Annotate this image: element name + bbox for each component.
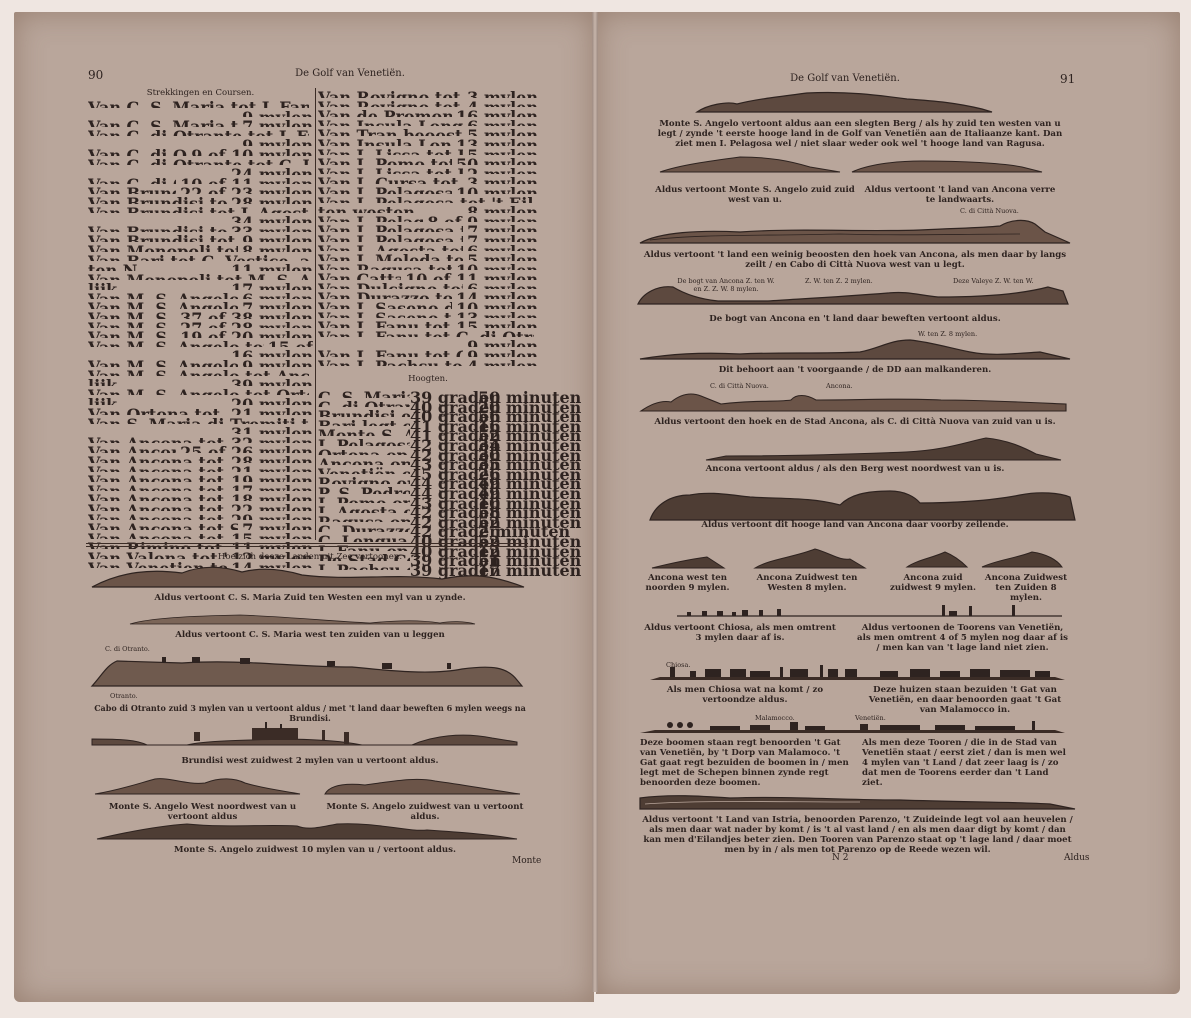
course-row: Van C. di Otrante tot Brundisi, N. W.10 …: [88, 175, 313, 185]
right-view-caption-4: Aldus vertoont 't land een weinig beoost…: [640, 250, 1070, 270]
course-row: Van Ancona tot Rimino, west noordwest15 …: [88, 530, 313, 540]
course-row: Van I. Lissa tot I. Cursa, Z. O. ten O. …: [318, 165, 538, 175]
course-distance: 8 mylen: [238, 242, 313, 252]
coastal-profile-monte-s-angelo-zw: [325, 775, 520, 795]
height-minutes: 49 minuten: [478, 474, 538, 484]
course-row: 31 mylen: [88, 424, 313, 434]
course-distance: 33 mylen: [227, 223, 313, 233]
course-row: Van Ancona tot Sinigaglia, west ten noor…: [88, 520, 313, 530]
height-minutes: 34 minuten: [478, 436, 538, 446]
course-text: Van Ancona tot I. Sansigo, N. N. O.: [88, 482, 227, 492]
course-text: Van M. S. Angelo tot Cattaro, O. N. O.: [88, 319, 176, 329]
height-row: C. Durazzo op42 graden2 minuten: [318, 522, 538, 532]
course-distance: 31 mylen: [227, 424, 313, 434]
course-distance: 9 mylen: [238, 232, 313, 242]
course-distance: 20 mylen: [227, 395, 313, 405]
label-otranto: Otranto.: [110, 692, 138, 700]
course-distance: 50 mylen: [452, 155, 538, 165]
view-caption-6: Monte S. Angelo zuidwest van u vertoont …: [325, 802, 525, 822]
course-text: Van C. S. Maria tot J. Fanu, is de cours…: [88, 98, 309, 108]
height-minutes: 26 minuten: [478, 465, 538, 475]
course-row: Van Rovigno tot de Promontores, Z. O.4 m…: [318, 98, 538, 108]
course-text: lijk: [88, 395, 117, 405]
height-row: P. S. Pedro di Molato op44 graden49 minu…: [318, 484, 538, 494]
course-distance: 7 mylen: [238, 520, 313, 530]
course-distance: [309, 367, 313, 377]
course-distance: 4 mylen: [463, 98, 538, 108]
coastal-profile-monte-s-angelo-wnw: [95, 775, 300, 795]
course-text: Van M. S. Angelo tot I. Pelagosa, N.: [88, 357, 238, 367]
coastal-profile-malamocco: [640, 718, 1065, 734]
course-distance: 17 mylen: [227, 280, 313, 290]
course-row: Van Brundisi tot Monopoli, N. W. ten W.9…: [88, 232, 313, 242]
course-row: Van Monopoli tot M. S. Angelo, N. W. ten…: [88, 271, 313, 281]
course-distance: 13 mylen: [452, 309, 538, 319]
height-place: P. S. Pedro di Molato op: [318, 484, 410, 494]
course-text: Van M. S. Angelo tot J. Meleda, N. O.: [88, 328, 176, 338]
course-row: 9 mylen: [318, 337, 538, 347]
course-distance: 2 mylen: [463, 165, 538, 175]
course-text: ten N.: [88, 261, 142, 271]
course-text: Van C. di Otrante tot J. Saseno, N. O.: [88, 146, 187, 156]
course-row: Van Tran beoosten C. Cesta tot I. Lissa,…: [318, 126, 538, 136]
course-row: Van Ragusa tot Cattaro, oost zuidoost10 …: [318, 261, 538, 271]
course-distance: 32 mylen: [227, 434, 313, 444]
coastal-profile-hoek-ancona: [641, 390, 1066, 412]
course-row: Van Insula Longa tot C. Cesta, Z. O. ten…: [318, 117, 538, 127]
right-view-caption-8: Ancona vertoont aldus / als den Berg wes…: [640, 464, 1070, 474]
course-distance: 8 mylen: [463, 203, 538, 213]
course-row: Van Ancona tot I. Sansigo, N. N. O.17 my…: [88, 482, 313, 492]
coastal-profile-ancona-small-1: [652, 553, 724, 569]
view-caption-5: Monte S. Angelo West noordwest van u ver…: [95, 802, 310, 822]
course-text: Van C. di Otrante tot Brundisi, N. W.: [88, 175, 176, 185]
height-minutes: 52 minuten: [478, 426, 538, 436]
course-row: Van de Promontores tot Insula Longa, Z. …: [318, 107, 538, 117]
right-view-caption-huizen: Deze huizen staan bezuiden 't Gat van Ve…: [860, 685, 1070, 715]
running-head-left: De Golf van Venetiën.: [250, 68, 450, 79]
coastal-profile-otranto: [92, 655, 522, 687]
course-text: Van Ancona tot I. Scarda, N. O.: [88, 472, 227, 482]
coastal-profile-bogt-ancona: [638, 283, 1068, 305]
course-distance: 28 mylen: [227, 453, 313, 463]
course-distance: 29 mylen: [227, 511, 313, 521]
height-place: Brundisi en I. Saseno leggen op: [318, 407, 410, 417]
course-row: Van Ancona tot C. Cesta, oost wel zo noo…: [88, 453, 313, 463]
course-text: Van Ancona tot I. Pelagosa, O. Z. O.: [88, 434, 227, 444]
height-row: Rovigno op44 graden49 minuten: [318, 474, 538, 484]
course-row: Van I. Pelagosa tot 't Eilandje bezuiden…: [318, 194, 538, 204]
course-text: Van I. Meleda tot Ragusa, oost ten zuide…: [318, 251, 463, 261]
catchword-right: Aldus: [1064, 853, 1090, 863]
page-number-left: 90: [88, 68, 103, 82]
course-row: Van Ancona tot Promontores, N. ten O.18 …: [88, 491, 313, 501]
right-view-caption-boomen: Deze boomen staan regt benoorden 't Gat …: [640, 738, 855, 788]
height-minutes: 52 minuten: [478, 513, 538, 523]
course-distance: 5 mylen: [463, 146, 538, 156]
course-text: Van M. S. Angelo tot J. Giannuti, N. N. …: [88, 290, 238, 300]
course-row: Van I. Saseno tot I. Corfu, zuid zuidoos…: [318, 309, 538, 319]
course-row: Van M. S. Angelo tot J. Giannuti, N. N. …: [88, 290, 313, 300]
height-degrees: 43 graden: [410, 455, 478, 465]
course-row: Van Dulcigno tot Durazzo, zuidoost ten z…: [318, 280, 538, 290]
course-text: Van Ortona tot Ancona, N. W.: [88, 405, 227, 415]
course-row: ten N.11 mylen: [88, 261, 313, 271]
course-row: Van M. S. Angelo tot Ancona, N. W. ten W…: [88, 367, 313, 377]
course-text: Van Ancona tot Sinigaglia, west ten noor…: [88, 520, 238, 530]
course-text: Van C. S. Maria tot C. di Otrante, N. te…: [88, 117, 238, 127]
course-distance: [309, 127, 313, 137]
course-distance: [309, 415, 313, 425]
height-degrees: 40 graden: [410, 407, 478, 417]
course-distance: 14 mylen: [452, 289, 538, 299]
course-row: Van M. S. Angelo tot Ortona, N. W. ten W…: [88, 386, 313, 396]
course-distance: 22 of 23 mylen: [176, 184, 313, 194]
course-row: Van Ancona tot Insula Longa, O. N. O.21 …: [88, 463, 313, 473]
course-distance: 7 mylen: [463, 232, 538, 242]
label-w-ten-z: W. ten Z. 8 mylen.: [918, 330, 977, 338]
height-place: C. Durazzo op: [318, 522, 410, 532]
course-row: 16 mylen: [88, 347, 313, 357]
course-text: Van de Promontores tot Insula Longa, Z. …: [318, 107, 452, 117]
course-text: Van Ancona tot Parenzo, N.: [88, 501, 227, 511]
course-row: Van Cattaro tot Dulcigno, oost zuid oost…: [318, 270, 538, 280]
course-distance: 21 mylen: [227, 463, 313, 473]
height-degrees: 41 graden: [410, 426, 478, 436]
coastal-profile-monte-s-angelo-10-mylen: [97, 820, 517, 840]
right-view-caption-chiosa-1: Aldus vertoont Chiosa, als men omtrent 3…: [640, 623, 840, 643]
right-view-caption-3: Aldus vertoont 't land van Ancona verre …: [860, 185, 1060, 205]
height-degrees: 42 graden: [410, 522, 478, 532]
course-text: Van Dulcigno tot Durazzo, zuidoost ten z…: [318, 280, 463, 290]
right-view-caption-chiosa-2: Als men Chiosa wat na komt / zo vertoond…: [640, 685, 850, 705]
height-row: I. Pomo op43 graden10 minuten: [318, 494, 538, 504]
course-row: lijk17 mylen: [88, 280, 313, 290]
height-place: Venetiën op: [318, 465, 410, 475]
course-row: Van I. Pelagosa tot I. Pomo, N. W. ten N…: [318, 184, 538, 194]
course-distance: 6 mylen: [463, 242, 538, 252]
course-row: Van Ancona tot Parenzo, N.22 mylen: [88, 501, 313, 511]
course-distance: 39 mylen: [227, 376, 313, 386]
courses-heading: Strekkingen en Coursen.: [88, 88, 313, 98]
course-text: Van I. Saseno tot I. Corfu, zuid zuidoos…: [318, 309, 452, 319]
height-degrees: 45 graden: [410, 465, 478, 475]
course-text: Van I. Pelagosa tot I. Agosta, noordoost: [318, 232, 463, 242]
course-distance: [309, 271, 313, 281]
course-text: Van I. Lissa tot I. Cursa, Z. O. ten O. …: [318, 165, 463, 175]
height-place: Ortona op: [318, 446, 410, 456]
catchword-left: Monte: [512, 856, 541, 866]
column-divider: [315, 88, 316, 540]
course-row: Van Insula Longa tot I. Lissa, Z. Z. O.1…: [318, 136, 538, 146]
course-row: Van Brundisi tot J. Agosta, N. W. ten N.…: [88, 204, 313, 214]
coastal-profile-ancona-small-2: [755, 547, 865, 569]
course-row: Van C. di Otrante tot C. Durazzo, N. N. …: [88, 156, 313, 166]
coastal-profile-ancona-berg: [706, 436, 1061, 461]
course-text: Van I. Cursa tot I. Agosta, O. ten Z.: [318, 174, 463, 184]
right-view-caption-toorens: Aldus vertoonen de Toorens van Venetiën,…: [855, 623, 1070, 653]
course-row: Van Brundisi tot Ragusa, N.28 mylen: [88, 194, 313, 204]
course-row: Van M. S. Angelo tot J. Meleda, N. O.19 …: [88, 328, 313, 338]
course-text: Van Tran beoosten C. Cesta tot I. Lissa,…: [318, 126, 463, 136]
course-text: Van Durazzo tot la Valone, zuid: [318, 289, 452, 299]
course-text: Van Bari tot C. Vestice, anders Monte S.…: [88, 252, 309, 262]
course-text: Van Rovigno tot Pola, Z. O.: [318, 88, 463, 98]
course-distance: 25 of 26 mylen: [176, 443, 313, 453]
course-distance: 9 mylen: [238, 108, 313, 118]
course-text: Van Ancona tot Insula Longa, O. N. O.: [88, 463, 227, 473]
height-minutes: 16 minuten: [478, 417, 538, 427]
course-row: Van I. Lissa tot Pomo, W.5 mylen: [318, 146, 538, 156]
course-text: Van Brundisi tot Ragusa, N.: [88, 194, 227, 204]
view-caption-1: Aldus vertoont C. S. Maria Zuid ten West…: [90, 593, 530, 603]
coastal-profile-istria: [640, 790, 1075, 810]
course-row: Van I. Cursa tot I. Agosta, O. ten Z.3 m…: [318, 174, 538, 184]
course-distance: 11 mylen: [227, 261, 313, 271]
coastal-profile-chiosa-toorens: [677, 603, 1062, 617]
course-distance: [309, 98, 313, 108]
course-distance: 10 of 11 mylen: [176, 175, 313, 185]
right-view-caption-1: Monte S. Angelo vertoont aldus aan een s…: [650, 119, 1070, 149]
height-place: I. Pomo op: [318, 494, 410, 504]
course-row: lijk39 mylen: [88, 376, 313, 386]
course-text: Van C. di Otrante tot C. Durazzo, N. N. …: [88, 156, 309, 166]
label-c-di-citta-nuova-1: C. di Città Nuova.: [960, 207, 1019, 215]
course-row: Van Ancona tot 't Gat van Venetien, N. N…: [88, 511, 313, 521]
view-caption-7: Monte S. Angelo zuidwest 10 mylen van u …: [95, 845, 535, 855]
coastal-profile-ancona-small-3: [907, 550, 967, 568]
course-text: Van I. Pelagosa tot I. Pomo, N. W. ten N…: [318, 184, 452, 194]
course-text: Van Rimino tot Valona, noord noordwest 1…: [88, 539, 227, 549]
course-distance: 37 of 38 mylen: [176, 309, 313, 319]
view-caption-4: Brundisi west zuidwest 2 mylen van u ver…: [90, 756, 530, 766]
height-row: Ragusa op42 graden52 minuten: [318, 513, 538, 523]
coastal-profile-chiosa-near: [650, 663, 1065, 681]
course-text: Van Brundisi tot J. Pelagosa, N. W. wel …: [88, 223, 227, 233]
height-row: I. Agosta op42 graden58 minuten: [318, 503, 538, 513]
course-text: Van Brundisi tot Monopoli, N. W. ten W.: [88, 232, 238, 242]
course-row: 34 mylen: [88, 213, 313, 223]
course-distance: 5 mylen: [463, 126, 538, 136]
height-row: Monte S. Angelo op41 graden52 minuten: [318, 426, 538, 436]
course-row: Van Ortona tot Ancona, N. W.21 mylen: [88, 405, 313, 415]
course-row: Van M. S. Angelo tot Cattaro, O. N. O.27…: [88, 319, 313, 329]
label-ancona: Ancona.: [826, 382, 853, 390]
course-distance: 9 of 10 mylen: [187, 146, 313, 156]
course-text: Van I. Fanu tot I. Pachsu, zuidoost ten …: [318, 318, 452, 328]
height-minutes: 52 minuten: [478, 532, 538, 542]
course-text: Van I. Pomo tot Venetien, N. W. en N. W.…: [318, 155, 452, 165]
view-caption-2: Aldus vertoont C. S. Maria west ten zuid…: [90, 630, 530, 640]
course-distance: 16 mylen: [452, 107, 538, 117]
course-text: Van I. Pelagosa tot I. Lissa, Noord.: [318, 213, 423, 223]
height-row: C. S. Maria legt op39 graden50 minuten: [318, 388, 538, 398]
course-text: Van I. Lissa tot Pomo, W.: [318, 146, 463, 156]
course-text: Van M. S. Angelo tot S. Maria di Tremiti…: [88, 299, 238, 309]
height-row: C. di Otrante op40 graden20 minuten: [318, 398, 538, 408]
course-distance: 22 mylen: [227, 501, 313, 511]
course-distance: 5 mylen: [463, 251, 538, 261]
course-row: Van I. Pachsu tot C. Sidaro in Cephaloni…: [318, 357, 538, 367]
course-row: Van M. S. Angelo tot J. Agosta, N. N. O.…: [88, 338, 313, 348]
course-row: Van Durazzo tot la Valone, zuid14 mylen: [318, 289, 538, 299]
course-row: Van I. Pelagosa tot I. Agosta, noordoost…: [318, 232, 538, 242]
course-distance: 27 of 28 mylen: [176, 319, 313, 329]
height-place: C. S. Maria legt op: [318, 388, 410, 398]
center-fold: [592, 12, 598, 992]
course-text: lijk: [88, 376, 117, 386]
height-place: Bari legt op: [318, 417, 410, 427]
small-view-caption-1: Ancona west ten noorden 9 mylen.: [640, 573, 735, 593]
small-view-caption-4: Ancona Zuidwest ten Zuiden 8 mylen.: [982, 573, 1070, 603]
course-distance: 10 mylen: [452, 184, 538, 194]
course-distance: 17 mylen: [227, 482, 313, 492]
height-degrees: 41 graden: [410, 417, 478, 427]
height-place: I. Agosta op: [318, 503, 410, 513]
label-c-di-otranto: C. di Otranto.: [105, 645, 150, 653]
course-distance: 6 mylen: [463, 117, 538, 127]
course-distance: 9 mylen: [463, 347, 538, 357]
height-row: Ancona op43 graden35 minuten: [318, 455, 538, 465]
label-c-di-citta-nuova-2: C. di Città Nuova.: [710, 382, 769, 390]
course-distance: 10 mylen: [452, 261, 538, 271]
coastal-profile-ancona-landwaarts: [852, 157, 1042, 173]
course-distance: 19 of 20 mylen: [176, 328, 313, 338]
course-text: Van S. Maria di Tremiti tot Ancona, N. W…: [88, 415, 309, 425]
height-degrees: 43 graden: [410, 494, 478, 504]
height-degrees: 42 graden: [410, 513, 478, 523]
course-text: Van Ancona tot C. Cesta, oost wel zo noo…: [88, 453, 227, 463]
height-degrees: 42 graden: [410, 436, 478, 446]
course-row: Van I. Meleda tot Ragusa, oost ten zuide…: [318, 251, 538, 261]
coastal-profile-monte-s-angelo-berg: [697, 91, 992, 113]
height-row: Venetiën op45 graden26 minuten: [318, 465, 538, 475]
right-view-caption-9: Aldus vertoont dit hooge land van Ancona…: [640, 520, 1070, 530]
course-row: Van S. Maria di Tremiti tot Ancona, N. W…: [88, 415, 313, 425]
course-text: Van Ancona tot 't Gat van Venetien, N. N…: [88, 511, 227, 521]
course-distance: [534, 328, 538, 338]
course-distance: [309, 204, 313, 214]
coastal-profile-brundisi: [92, 722, 517, 746]
height-minutes: 35 minuten: [478, 455, 538, 465]
course-distance: 3 mylen: [463, 88, 538, 98]
course-row: Van M. S. Angelo tot I. Pelagosa, N.9 my…: [88, 357, 313, 367]
course-text: Van I. Fanu tot C. di Otrante, W. N. W. …: [318, 328, 534, 338]
course-row: Van Rimino tot Valona, noord noordwest 1…: [88, 539, 313, 549]
height-row: Ortona op42 graden30 minuten: [318, 446, 538, 456]
right-view-caption-istria: Aldus vertoont 't Land van Istria, benoo…: [640, 815, 1075, 855]
small-view-caption-2: Ancona Zuidwest ten Westen 8 mylen.: [752, 573, 862, 593]
running-head-right: De Golf van Venetiën.: [770, 73, 920, 84]
course-row: Van I. Pelagosa tot I. Cursa, noord ten …: [318, 222, 538, 232]
height-minutes: 10 minuten: [478, 494, 538, 504]
course-row: Van I. Saseno door la Valone tot I. Fano…: [318, 299, 538, 309]
height-place: Ragusa op: [318, 513, 410, 523]
coastal-profile-ancona-small-4: [982, 550, 1062, 568]
height-place: C. Lengua op: [318, 532, 410, 542]
course-row: Van C. S. Maria tot C. di Otrante, N. te…: [88, 117, 313, 127]
course-text: Van Insula Longa tot I. Lissa, Z. Z. O.: [318, 136, 452, 146]
course-row: 9 mylen: [88, 108, 313, 118]
coastal-profile-monte-s-angelo-zzw: [660, 155, 840, 173]
course-row: Van Ancona tot I. Scarda, N. O.19 mylen: [88, 472, 313, 482]
course-distance: 9 mylen: [463, 337, 538, 347]
right-view-caption-7: Aldus vertoont den hoek en de Stad Ancon…: [640, 417, 1070, 427]
small-view-caption-3: Ancona zuid zuidwest 9 mylen.: [888, 573, 978, 593]
course-distance: 8 of 9 mylen: [423, 213, 538, 223]
course-text: Van M. S. Angelo tot Ortona, N. W. ten W…: [88, 386, 309, 396]
course-distance: 15 mylen: [227, 530, 313, 540]
right-view-caption-2: Aldus vertoont Monte S. Angelo zuid zuid…: [645, 185, 865, 205]
course-row: Van Ancona tot I. Pomo, O. ten Z.25 of 2…: [88, 443, 313, 453]
height-row: Brundisi en I. Saseno leggen op40 graden…: [318, 407, 538, 417]
course-text: Van Monopoli tot M. S. Angelo, N. W. ten…: [88, 271, 309, 281]
course-row: Van I. Fanu tot C. di Otrante, W. N. W. …: [318, 328, 538, 338]
course-text: Van Ancona tot Rimino, west noordwest: [88, 530, 227, 540]
view-caption-3: Cabo di Otranto zuid 3 mylen van u verto…: [90, 703, 530, 723]
coastal-profile-dd: [640, 338, 1070, 360]
page-number-right: 91: [1060, 72, 1075, 86]
course-distance: 19 mylen: [227, 472, 313, 482]
coastal-profile-beoosten-ancona: [640, 218, 1070, 244]
course-row: Van M. S. Angelo tot S. Maria di Tremiti…: [88, 299, 313, 309]
course-text: Van I. Agosta tot I. Meleda, oost ten zu…: [318, 242, 463, 252]
course-row: ten westen8 mylen: [318, 203, 538, 213]
course-distance: 16 mylen: [227, 347, 313, 357]
course-row: Van Rovigno tot Pola, Z. O.3 mylen: [318, 88, 538, 98]
height-row: Bari legt op41 graden16 minuten: [318, 417, 538, 427]
height-degrees: 40 graden: [410, 532, 478, 542]
course-row: Van Monopoli tot Bari, W. ten N.8 mylen: [88, 242, 313, 252]
coastal-profile-cs-maria-1: [92, 563, 524, 588]
courses-right-column: Van Rovigno tot Pola, Z. O.3 mylenVan Ro…: [318, 88, 538, 366]
course-text: Van I. Pelagosa tot 't Eilandje bezuiden…: [318, 194, 534, 204]
course-row: Van I. Pomo tot Venetien, N. W. en N. W.…: [318, 155, 538, 165]
course-text: Van M. S. Angelo tot Ancona, N. W. ten W…: [88, 367, 309, 377]
course-row: Van C. di Otrante tot J. Saseno, N. O.9 …: [88, 146, 313, 156]
course-text: Van Brundisi tot C. Durazzo, N. O.: [88, 184, 176, 194]
course-distance: 24 mylen: [227, 165, 313, 175]
course-text: Van Ancona tot I. Pomo, O. ten Z.: [88, 443, 176, 453]
course-distance: 15 of: [264, 338, 313, 348]
course-distance: [309, 252, 313, 262]
course-row: Van Brundisi tot J. Pelagosa, N. W. wel …: [88, 223, 313, 233]
course-text: Van Ragusa tot Cattaro, oost zuidoost: [318, 261, 452, 271]
height-row: C. Lengua op40 graden52 minuten: [318, 532, 538, 542]
course-row: 9 mylen: [88, 136, 313, 146]
course-distance: 34 mylen: [227, 213, 313, 223]
height-minutes: 49 minuten: [478, 484, 538, 494]
course-text: Van C. di Otrante tot J. Fanu, O. Z. O. …: [88, 127, 309, 137]
height-minutes: 50 minuten: [478, 388, 538, 398]
course-distance: 10 mylen: [452, 299, 538, 309]
course-text: lijk: [88, 280, 117, 290]
course-row: Van C. di Otrante tot J. Fanu, O. Z. O. …: [88, 127, 313, 137]
height-minutes: 30 minuten: [478, 446, 538, 456]
course-text: Van M. S. Angelo tot J. Agosta, N. N. O.…: [88, 338, 264, 348]
course-text: Van I. Pelagosa tot I. Cursa, noord ten …: [318, 222, 463, 232]
course-distance: 15 mylen: [452, 318, 538, 328]
views-heading: Hoe zich deeze Landen uit Zee vertoonen.: [90, 552, 530, 562]
course-text: Van Monopoli tot Bari, W. ten N.: [88, 242, 238, 252]
height-place: C. di Otrante op: [318, 398, 410, 408]
courses-left-column: Strekkingen en Coursen. Van C. S. Maria …: [88, 88, 313, 568]
course-row: Van M. S. Angelo tot C. Durazzo, O.37 of…: [88, 309, 313, 319]
height-minutes: 20 minuten: [478, 398, 538, 408]
course-distance: [309, 156, 313, 166]
height-degrees: 44 graden: [410, 484, 478, 494]
course-row: lijk20 mylen: [88, 395, 313, 405]
